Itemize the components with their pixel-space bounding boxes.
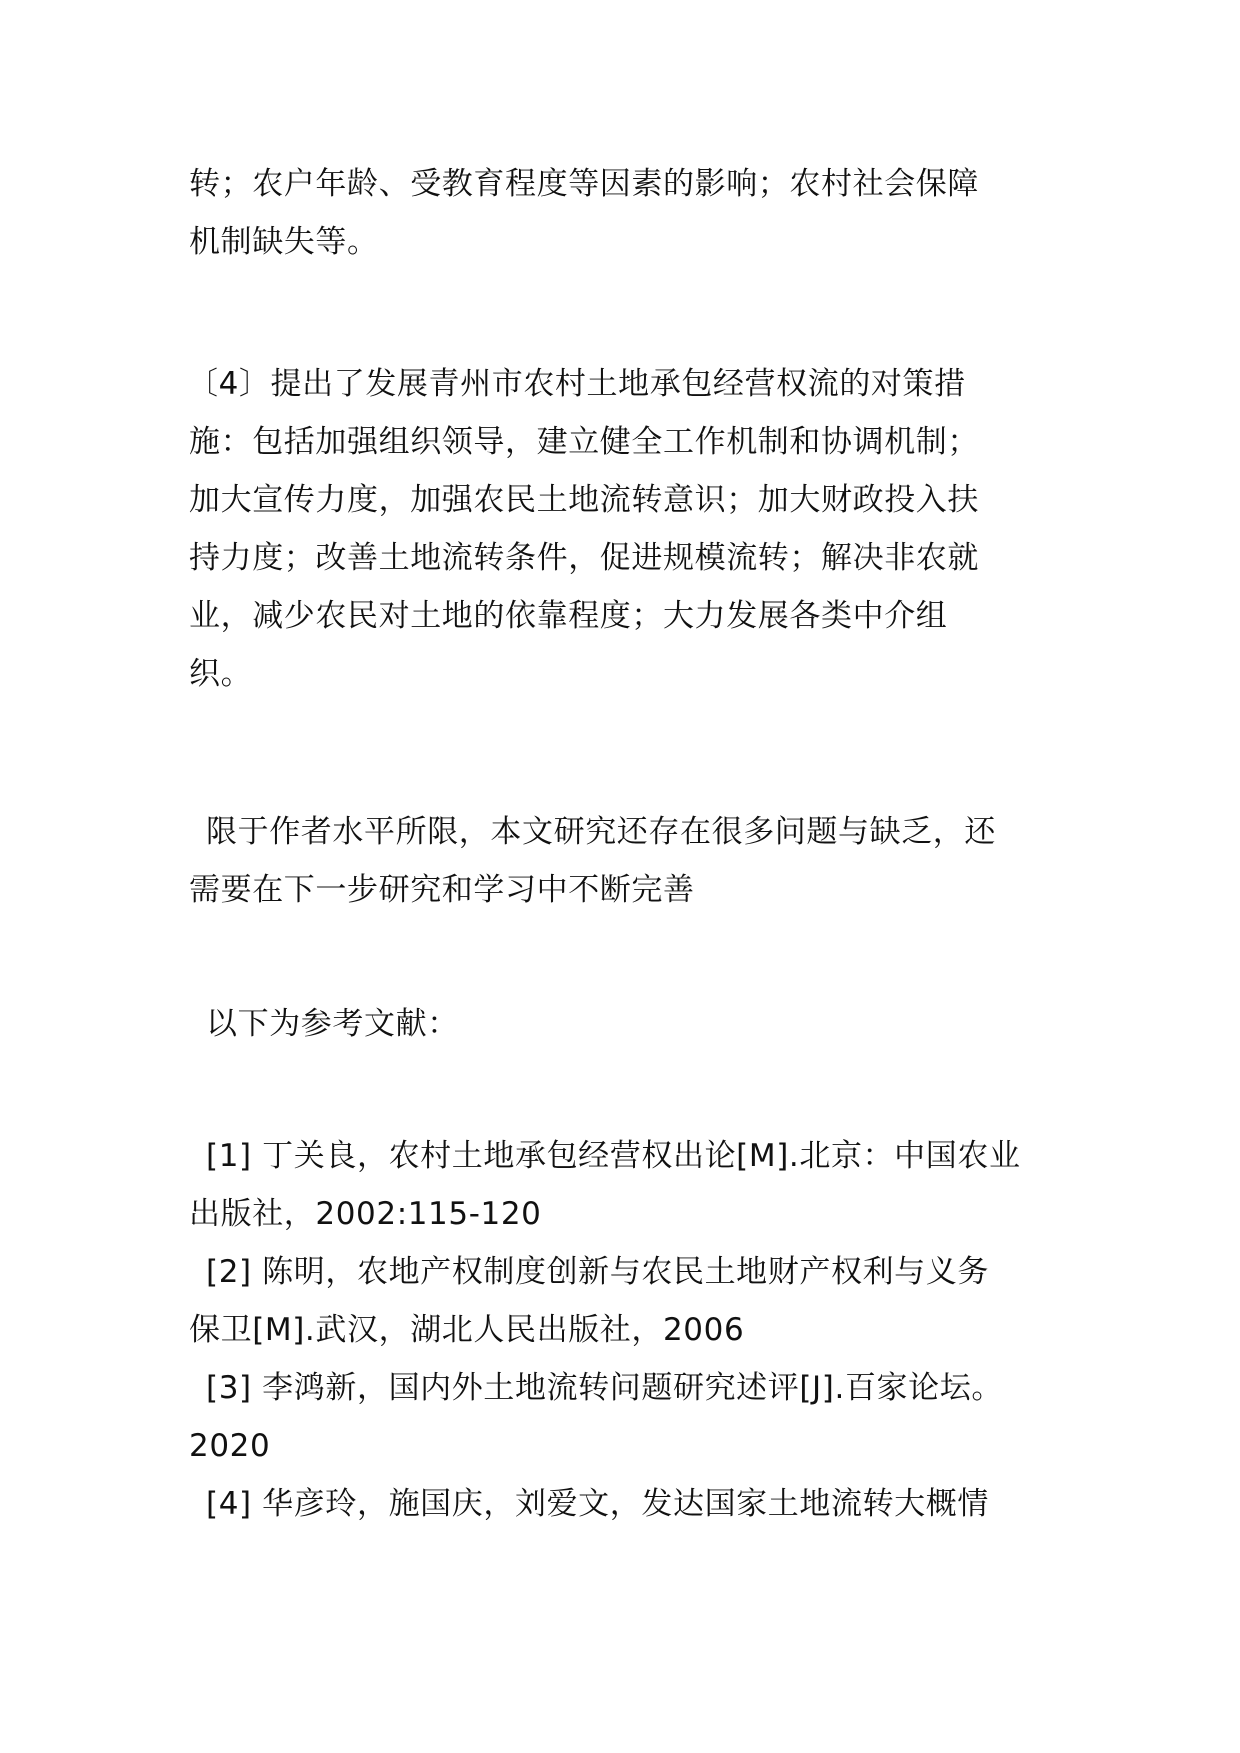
text-line: [2] 陈明，农地产权制度创新与农民土地财产权利与义务	[206, 1252, 989, 1292]
text-line: 出版社，2002:115-120	[189, 1194, 541, 1234]
text-line: [3] 李鸿新，国内外土地流转问题研究述评[J].百家论坛。	[206, 1368, 1003, 1408]
text-line: 转；农户年龄、受教育程度等因素的影响；农村社会保障	[189, 164, 979, 204]
text-line: 保卫[M].武汉，湖北人民出版社，2006	[189, 1310, 744, 1350]
text-line: 〔4〕提出了发展青州市农村土地承包经营权流的对策措	[187, 364, 966, 404]
text-line: 施：包括加强组织领导，建立健全工作机制和协调机制；	[189, 422, 979, 462]
text-line: 限于作者水平所限，本文研究还存在很多问题与缺乏，还	[206, 812, 996, 852]
text-line: 加大宣传力度，加强农民土地流转意识；加大财政投入扶	[189, 480, 979, 520]
document-page: 转；农户年龄、受教育程度等因素的影响；农村社会保障 机制缺失等。 〔4〕提出了发…	[0, 0, 1240, 1753]
text-line: 业，减少农民对土地的依靠程度；大力发展各类中介组	[189, 596, 947, 636]
text-line: 持力度；改善土地流转条件，促进规模流转；解决非农就	[189, 538, 979, 578]
text-line: 需要在下一步研究和学习中不断完善	[189, 870, 695, 910]
text-line: 机制缺失等。	[189, 222, 379, 262]
text-line: 织。	[189, 654, 252, 694]
text-line: [1] 丁关良，农村土地承包经营权出论[M].北京：中国农业	[206, 1136, 1021, 1176]
text-line: [4] 华彦玲，施国庆，刘爱文，发达国家土地流转大概情	[206, 1484, 989, 1524]
references-heading: 以下为参考文献：	[206, 1004, 459, 1044]
text-line: 2020	[189, 1426, 270, 1466]
